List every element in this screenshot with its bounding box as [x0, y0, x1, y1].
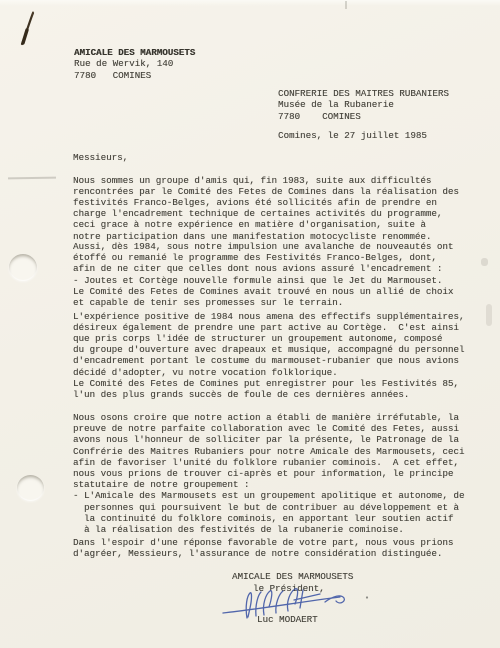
handwritten-signature — [0, 0, 500, 648]
letter-page: AMICALE DES MARMOUSETS Rue de Wervik, 14… — [0, 0, 500, 648]
pencil-dot-artifact — [366, 596, 368, 598]
